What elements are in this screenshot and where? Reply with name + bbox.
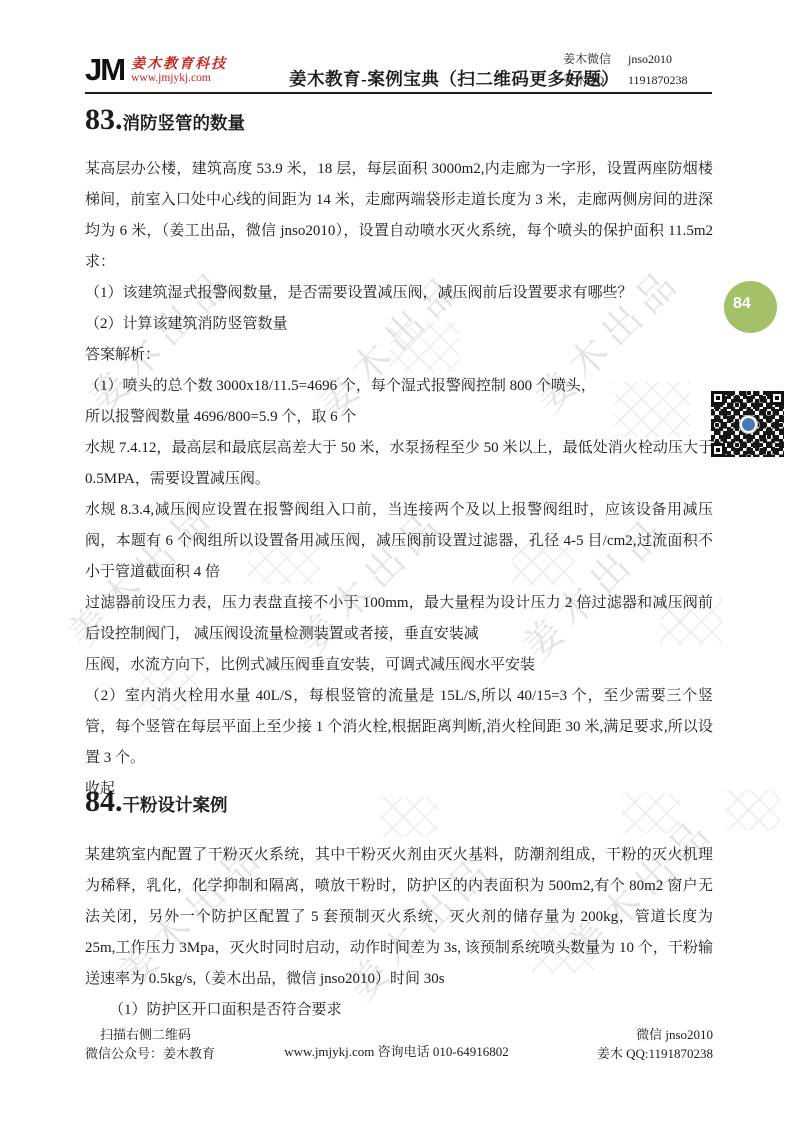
qr-center-logo-icon	[740, 416, 757, 433]
paragraph: 所以报警阀数量 4696/800=5.9 个，取 6 个	[85, 402, 713, 433]
header-wechat: 姜木微信 jnso2010	[563, 49, 688, 70]
question-number: 84.	[85, 785, 123, 818]
logo-company-name: 姜木教育科技	[131, 57, 227, 72]
qr-code	[711, 391, 784, 457]
question-number: 83.	[85, 103, 123, 136]
paragraph: 某高层办公楼，建筑高度 53.9 米，18 层，每层面积 3000m2,内走廊为…	[85, 154, 713, 278]
paragraph: 压阀，水流方向下，比例式减压阀垂直安装，可调式减压阀水平安装	[85, 650, 713, 681]
qr-finder-icon	[711, 391, 725, 405]
page-number: 84	[733, 295, 751, 313]
paragraph: （1）该建筑湿式报警阀数量，是否需要设置减压阀，减压阀前后设置要求有哪些？	[85, 278, 713, 309]
paragraph: 某建筑室内配置了干粉灭火系统，其中干粉灭火剂由灭火基料，防潮剂组成，干粉的灭火机…	[85, 840, 713, 995]
qr-finder-icon	[770, 391, 784, 405]
paragraph: （2）室内消火栓用水量 40L/S，每根竖管的流量是 15L/S,所以 40/1…	[85, 681, 713, 774]
qr-finder-icon	[711, 443, 725, 457]
answer-heading: 答案解析：	[85, 340, 713, 371]
footer-qq: 姜木 QQ:1191870238	[597, 1044, 713, 1063]
document-page: { "page": { "watermark_text": "姜木出品", "b…	[0, 0, 793, 1122]
header-qq: 姜木QQ 1191870238	[563, 70, 688, 91]
qq-label: 姜木QQ	[563, 70, 625, 91]
company-logo: JM 姜木教育科技 www.jmjykj.com	[85, 54, 227, 85]
section-question-83: 83.消防竖管的数量 某高层办公楼，建筑高度 53.9 米，18 层，每层面积 …	[85, 102, 713, 805]
wechat-label: 姜木微信	[563, 49, 625, 70]
footer-right: 微信 jnso2010 姜木 QQ:1191870238	[597, 1025, 713, 1063]
paragraph: （2）计算该建筑消防竖管数量	[85, 309, 713, 340]
paragraph: 过滤器前设压力表，压力表盘直接不小于 100mm，最大量程为设计压力 2 倍过滤…	[85, 588, 713, 650]
paragraph: 水规 7.4.12，最高层和最底层高差大于 50 米，水泵扬程至少 50 米以上…	[85, 433, 713, 495]
paragraph: （1）喷头的总个数 3000x18/11.5=4696 个，每个湿式报警阀控制 …	[85, 371, 713, 402]
diamond-watermark-pattern	[725, 790, 780, 830]
logo-website: www.jmjykj.com	[131, 72, 227, 85]
wechat-value: jnso2010	[628, 52, 672, 66]
footer-wechat: 微信 jnso2010	[597, 1025, 713, 1044]
question-name: 消防竖管的数量	[123, 113, 246, 133]
section-question-84: 84.干粉设计案例 某建筑室内配置了干粉灭火系统，其中干粉灭火剂由灭火基料，防潮…	[85, 784, 713, 1026]
paragraph: （1）防护区开口面积是否符合要求	[85, 995, 713, 1026]
logo-jm-monogram: JM	[85, 54, 124, 85]
header-divider	[85, 92, 712, 94]
question-83-title: 83.消防竖管的数量	[85, 102, 713, 141]
header-contact-info: 姜木微信 jnso2010 姜木QQ 1191870238	[563, 49, 688, 91]
question-name: 干粉设计案例	[123, 795, 228, 815]
qq-value: 1191870238	[628, 73, 688, 87]
question-84-title: 84.干粉设计案例	[85, 784, 713, 823]
page-number-badge: 84	[724, 281, 777, 333]
paragraph: 水规 8.3.4,减压阀应设置在报警阀组入口前，当连接两个及以上报警阀组时，应该…	[85, 495, 713, 588]
